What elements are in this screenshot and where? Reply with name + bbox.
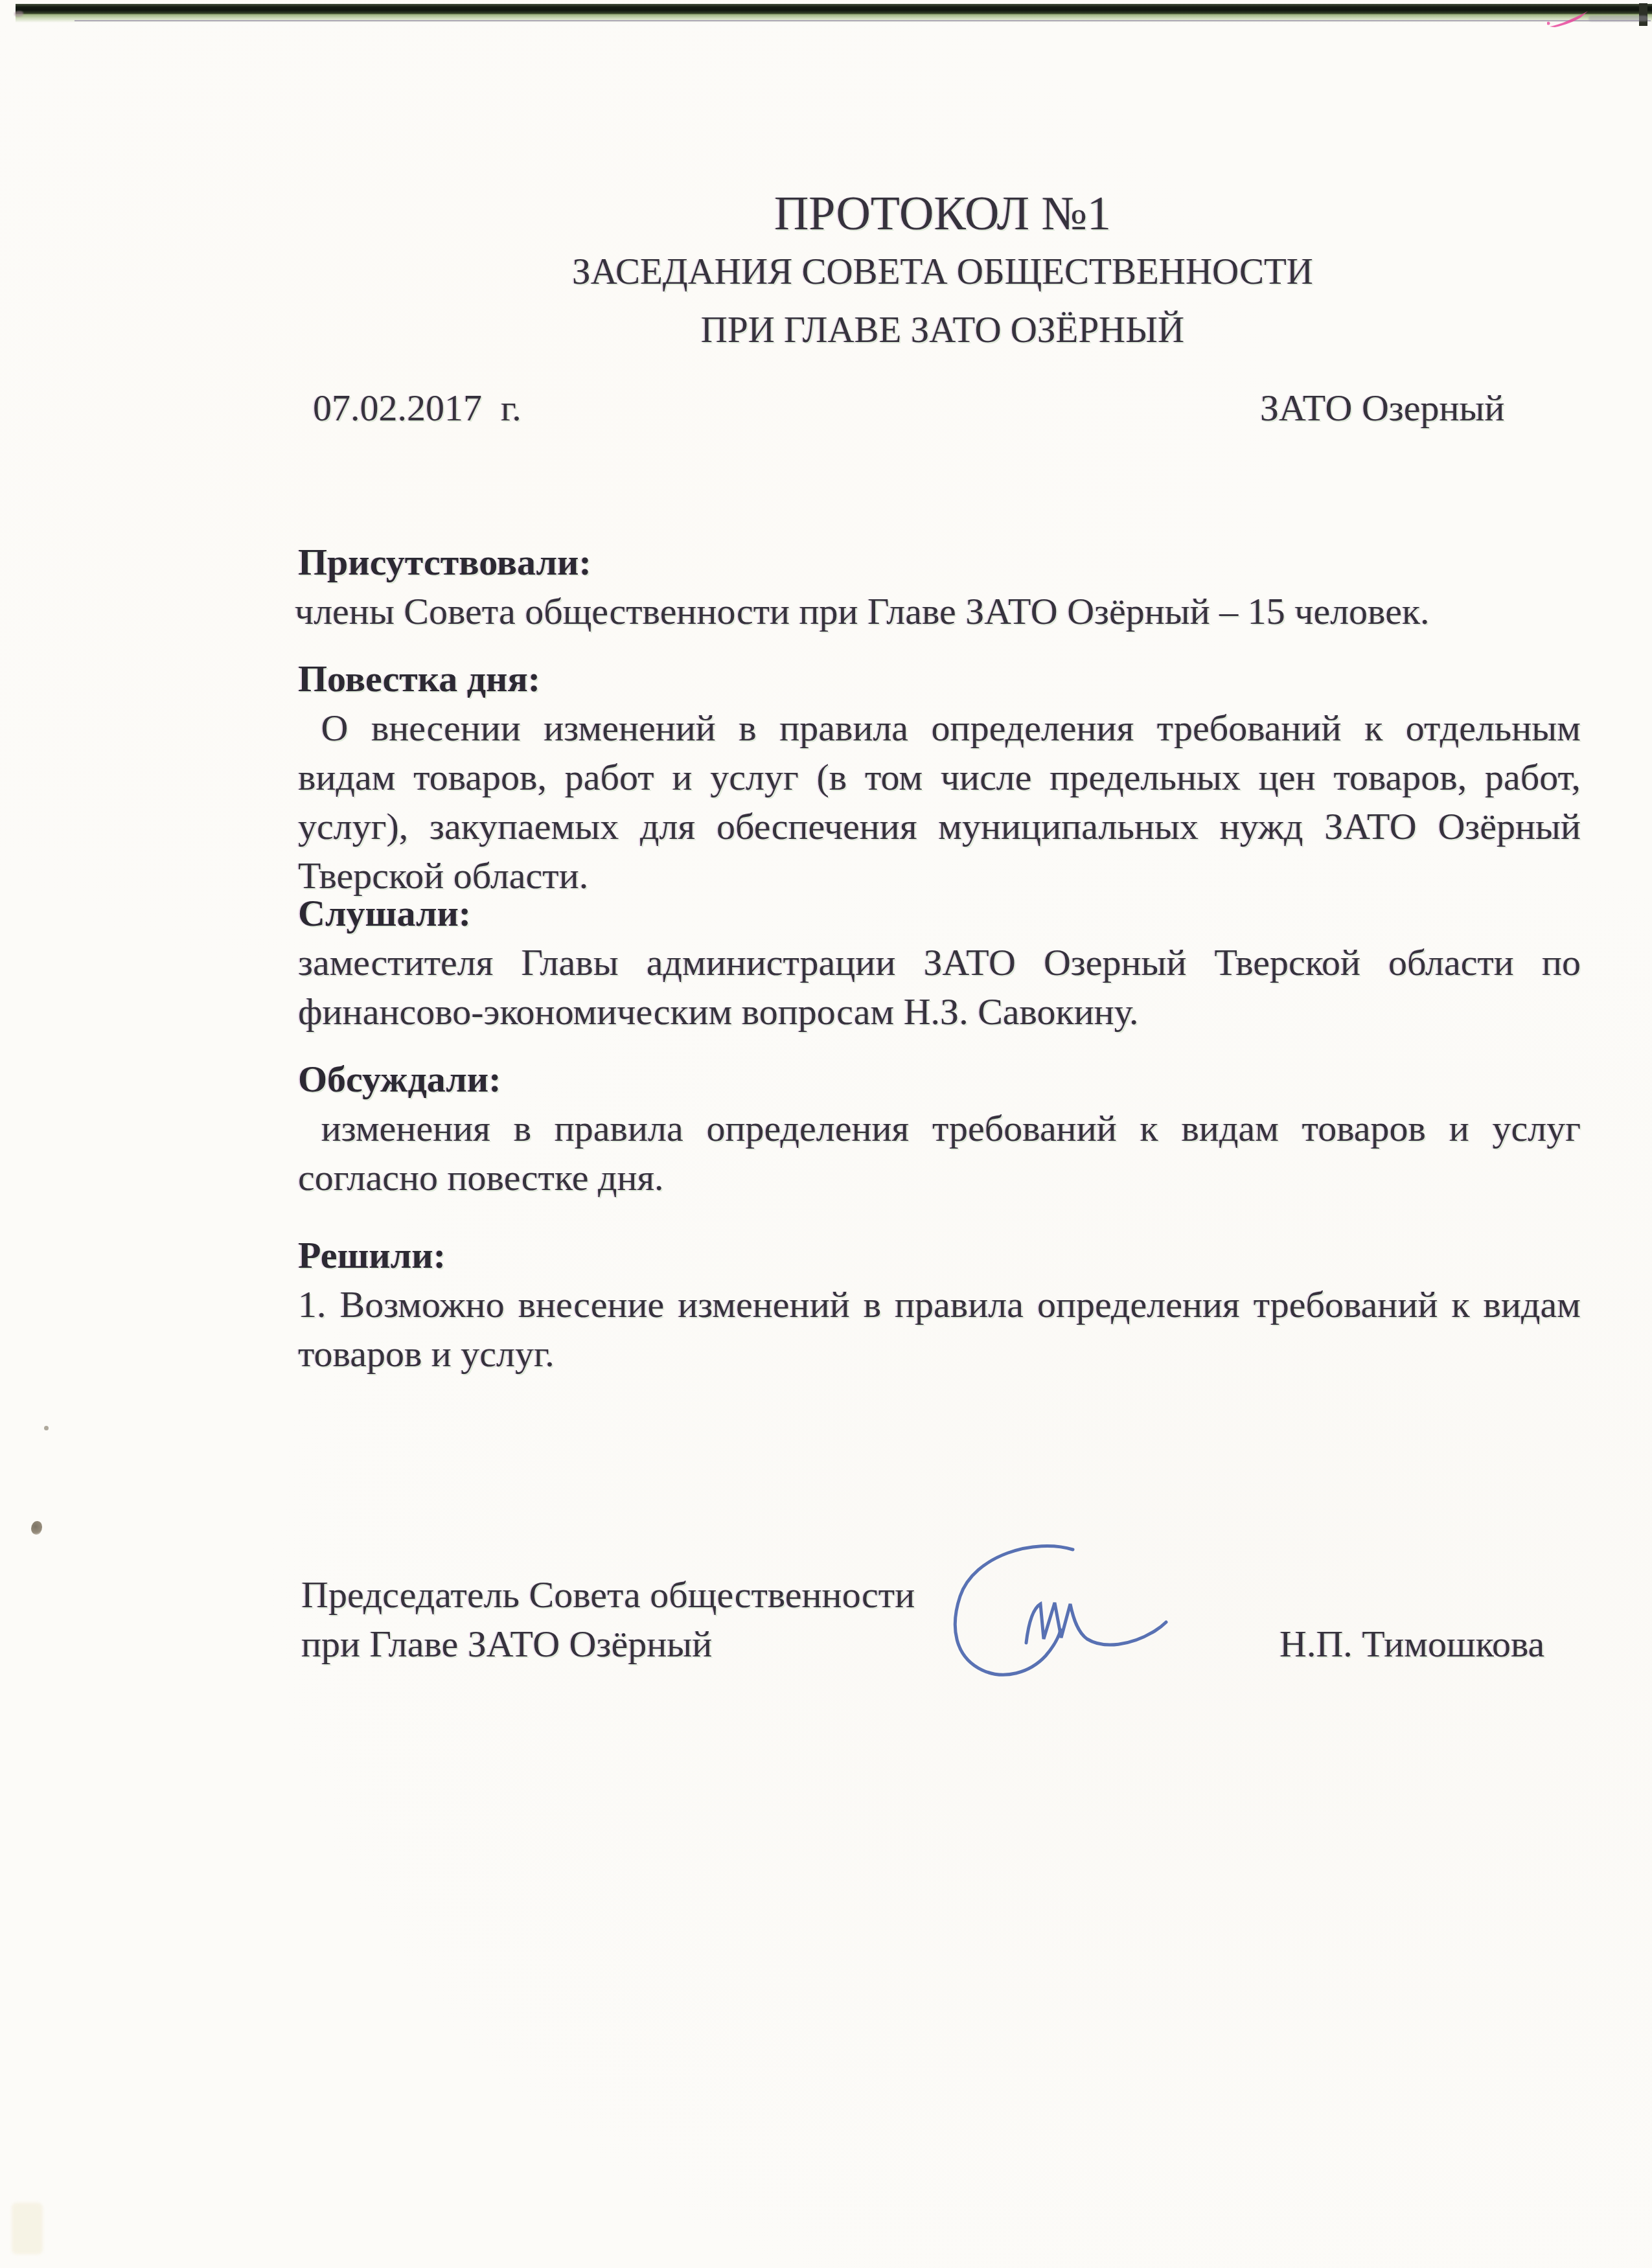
doc-title-line1: ПРОТОКОЛ №1 — [298, 185, 1587, 243]
signer-role-line2: при Главе ЗАТО Озёрный — [301, 1620, 712, 1669]
agenda-text-line2: видам товаров, работ и услуг (в том числ… — [298, 753, 1581, 802]
decided-text-line1: 1. Возможно внесение изменений в правила… — [298, 1280, 1581, 1329]
agenda-text-line1: О внесении изменений в правила определен… — [298, 704, 1581, 753]
heard-text-line1: заместителя Главы администрации ЗАТО Озе… — [298, 938, 1581, 987]
present-label: Присутствовали: — [298, 538, 591, 587]
agenda-label: Повестка дня: — [298, 654, 540, 704]
decided-text-line2: товаров и услуг. — [298, 1329, 555, 1379]
doc-title-line2: ЗАСЕДАНИЯ СОВЕТА ОБЩЕСТВЕННОСТИ — [298, 243, 1587, 301]
dirt-speck — [31, 1521, 42, 1535]
decided-label: Решили: — [298, 1231, 446, 1280]
heard-text-line2: финансово-экономическим вопросам Н.З. Са… — [298, 987, 1139, 1037]
signer-name: Н.П. Тимошкова — [1279, 1620, 1544, 1669]
scan-edge-sliver — [1639, 3, 1647, 26]
agenda-text-line3: услуг), закупаемых для обеспечения муниц… — [298, 802, 1581, 851]
handwritten-signature — [932, 1541, 1171, 1693]
scanned-document-page: ПРОТОКОЛ №1 ЗАСЕДАНИЯ СОВЕТА ОБЩЕСТВЕННО… — [0, 0, 1652, 2268]
heard-label: Слушали: — [298, 889, 471, 938]
present-text: члены Совета общественности при Главе ЗА… — [295, 587, 1430, 636]
discussed-text-line1: изменения в правила определения требован… — [298, 1104, 1581, 1153]
document-heading: ПРОТОКОЛ №1 ЗАСЕДАНИЯ СОВЕТА ОБЩЕСТВЕННО… — [298, 185, 1587, 360]
scanner-top-band-fade — [16, 14, 1652, 23]
scanner-top-band — [16, 4, 1652, 14]
scan-top-hairline — [75, 20, 1651, 21]
signer-role-line1: Председатель Совета общественности — [301, 1570, 915, 1620]
doc-place: ЗАТО Озерный — [1260, 384, 1504, 433]
doc-title-line3: ПРИ ГЛАВЕ ЗАТО ОЗЁРНЫЙ — [298, 301, 1587, 360]
paper-stain — [12, 2203, 43, 2254]
doc-date: 07.02.2017 г. — [313, 384, 522, 433]
dirt-speck-small — [44, 1426, 49, 1430]
discussed-text-line2: согласно повестке дня. — [298, 1153, 664, 1202]
discussed-label: Обсуждали: — [298, 1055, 501, 1104]
scan-smudge — [1589, 16, 1648, 21]
